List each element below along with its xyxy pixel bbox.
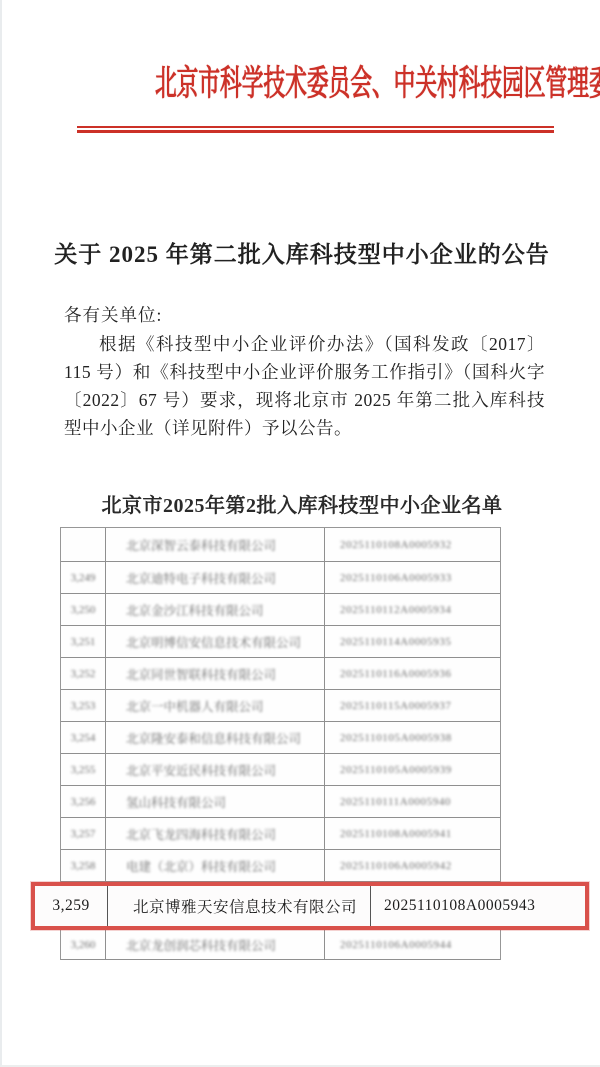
- table-row: 3,255 北京平安近民科技有限公司 2025110105A0005939: [61, 754, 500, 786]
- row-number: 3,259: [52, 897, 89, 915]
- row-number-cell: 3,252: [61, 658, 106, 689]
- registration-number: 2025110112A0005934: [340, 604, 451, 616]
- registration-number: 2025110108A0005943: [384, 897, 535, 915]
- registration-number-cell: 2025110114A0005935: [325, 626, 500, 657]
- row-number: 3,253: [71, 700, 96, 712]
- company-name-cell: 北京隆安泰和信息科技有限公司: [106, 722, 325, 753]
- row-number-cell: 3,254: [61, 722, 106, 753]
- row-number: 3,251: [71, 636, 96, 648]
- row-number-cell: 3,249: [61, 562, 106, 593]
- company-name-cell: 北京飞龙四海科技有限公司: [106, 818, 325, 849]
- company-name-cell: 北京金沙江科技有限公司: [106, 594, 325, 625]
- table-row: 3,251 北京明博信安信息技术有限公司 2025110114A0005935: [61, 626, 500, 658]
- registration-number: 2025110108A0005932: [340, 539, 452, 551]
- row-number-cell: 3,251: [61, 626, 106, 657]
- registration-number: 2025110106A0005933: [340, 572, 452, 584]
- announcement-title: 关于 2025 年第二批入库科技型中小企业的公告: [2, 236, 600, 269]
- row-number-cell: 3,257: [61, 818, 106, 849]
- row-number-cell: 3,250: [61, 594, 106, 625]
- table-row: 3,254 北京隆安泰和信息科技有限公司 2025110105A0005938: [61, 722, 500, 754]
- document-page: 北京市科学技术委员会、中关村科技园区管理委员会 关于 2025 年第二批入库科技…: [0, 0, 600, 1067]
- letterhead: 北京市科学技术委员会、中关村科技园区管理委员会: [2, 56, 600, 106]
- company-name: 北京飞龙四海科技有限公司: [126, 825, 276, 843]
- row-number: 3,250: [71, 604, 96, 616]
- table-row: 3,249 北京迪特电子科技有限公司 2025110106A0005933: [61, 562, 500, 594]
- company-name-cell: 北京龙创润芯科技有限公司: [106, 930, 325, 959]
- registration-number-cell: 2025110112A0005934: [325, 594, 500, 625]
- table-row: 北京深智云泰科技有限公司 2025110108A0005932: [61, 528, 500, 562]
- announcement-body: 根据《科技型中小企业评价办法》（国科发政〔2017〕115 号）和《科技型中小企…: [64, 330, 545, 442]
- company-name: 北京龙创润芯科技有限公司: [126, 936, 276, 954]
- company-name-cell: 北京平安近民科技有限公司: [106, 754, 325, 785]
- registration-number-cell: 2025110116A0005936: [325, 658, 500, 689]
- registration-number-cell: 2025110105A0005939: [325, 754, 500, 785]
- registration-number-cell: 2025110108A0005943: [371, 886, 584, 926]
- row-number: 3,260: [71, 939, 96, 951]
- row-number-cell: 3,260: [61, 930, 106, 959]
- table-row: 3,256 氢山科技有限公司 2025110111A0005940: [61, 786, 500, 818]
- registration-number: 2025110106A0005942: [340, 860, 452, 872]
- company-name: 北京深智云泰科技有限公司: [126, 536, 276, 554]
- company-name: 电建（北京）科技有限公司: [126, 857, 276, 875]
- company-name: 北京明博信安信息技术有限公司: [126, 633, 301, 651]
- registration-number-cell: 2025110108A0005941: [325, 818, 500, 849]
- row-number: 3,252: [71, 668, 96, 680]
- company-list-title: 北京市2025年第2批入库科技型中小企业名单: [2, 489, 600, 518]
- registration-number: 2025110115A0005937: [340, 700, 451, 712]
- row-number-cell: 3,258: [61, 850, 106, 881]
- company-name: 北京一中机器人有限公司: [126, 697, 264, 715]
- salutation: 各有关单位:: [64, 302, 162, 327]
- table-row-highlighted: 3,259 北京博雅天安信息技术有限公司 2025110108A0005943: [31, 882, 589, 930]
- company-list-table: 北京深智云泰科技有限公司 2025110108A0005932 3,249 北京…: [60, 527, 501, 960]
- table-row: 3,260 北京龙创润芯科技有限公司 2025110106A0005944: [61, 930, 500, 960]
- registration-number-cell: 2025110105A0005938: [325, 722, 500, 753]
- table-row: 3,250 北京金沙江科技有限公司 2025110112A0005934: [61, 594, 500, 626]
- company-name-cell: 北京明博信安信息技术有限公司: [106, 626, 325, 657]
- registration-number-cell: 2025110115A0005937: [325, 690, 500, 721]
- registration-number-cell: 2025110111A0005940: [325, 786, 500, 817]
- row-number: 3,256: [71, 796, 96, 808]
- registration-number-cell: 2025110106A0005933: [325, 562, 500, 593]
- row-number: 3,257: [71, 828, 96, 840]
- company-name: 北京同世智联科技有限公司: [126, 665, 276, 683]
- registration-number-cell: 2025110106A0005944: [325, 930, 500, 959]
- registration-number: 2025110108A0005941: [340, 828, 452, 840]
- registration-number: 2025110106A0005944: [340, 939, 452, 951]
- registration-number-cell: 2025110108A0005932: [325, 528, 500, 561]
- table-row: 3,252 北京同世智联科技有限公司 2025110116A0005936: [61, 658, 500, 690]
- registration-number: 2025110111A0005940: [340, 796, 451, 808]
- row-number: 3,255: [71, 764, 96, 776]
- company-name-cell: 电建（北京）科技有限公司: [106, 850, 325, 881]
- row-number: 3,258: [71, 860, 96, 872]
- registration-number: 2025110116A0005936: [340, 668, 451, 680]
- row-number-cell: [61, 528, 106, 561]
- row-number-cell: 3,255: [61, 754, 106, 785]
- row-number: 3,254: [71, 732, 96, 744]
- row-number-cell: 3,259: [35, 886, 108, 926]
- company-name: 北京金沙江科技有限公司: [126, 601, 264, 619]
- registration-number-cell: 2025110106A0005942: [325, 850, 500, 881]
- row-number-cell: 3,256: [61, 786, 106, 817]
- company-name: 北京平安近民科技有限公司: [126, 761, 276, 779]
- row-number-cell: 3,253: [61, 690, 106, 721]
- letterhead-agency-title: 北京市科学技术委员会、中关村科技园区管理委员会: [155, 56, 600, 106]
- company-name-cell: 北京同世智联科技有限公司: [106, 658, 325, 689]
- company-name: 北京博雅天安信息技术有限公司: [133, 895, 357, 917]
- company-name-cell: 北京博雅天安信息技术有限公司: [108, 886, 371, 926]
- letterhead-double-rule: [77, 126, 554, 133]
- company-name: 北京迪特电子科技有限公司: [126, 569, 276, 587]
- table-row: 3,257 北京飞龙四海科技有限公司 2025110108A0005941: [61, 818, 500, 850]
- company-name-cell: 北京迪特电子科技有限公司: [106, 562, 325, 593]
- company-name-cell: 北京深智云泰科技有限公司: [106, 528, 325, 561]
- registration-number: 2025110105A0005938: [340, 732, 452, 744]
- table-row: 3,253 北京一中机器人有限公司 2025110115A0005937: [61, 690, 500, 722]
- registration-number: 2025110114A0005935: [340, 636, 451, 648]
- company-name-cell: 北京一中机器人有限公司: [106, 690, 325, 721]
- company-name: 氢山科技有限公司: [126, 793, 226, 811]
- row-number: 3,249: [71, 572, 96, 584]
- company-name: 北京隆安泰和信息科技有限公司: [126, 729, 301, 747]
- company-name-cell: 氢山科技有限公司: [106, 786, 325, 817]
- registration-number: 2025110105A0005939: [340, 764, 452, 776]
- table-row: 3,258 电建（北京）科技有限公司 2025110106A0005942: [61, 850, 500, 882]
